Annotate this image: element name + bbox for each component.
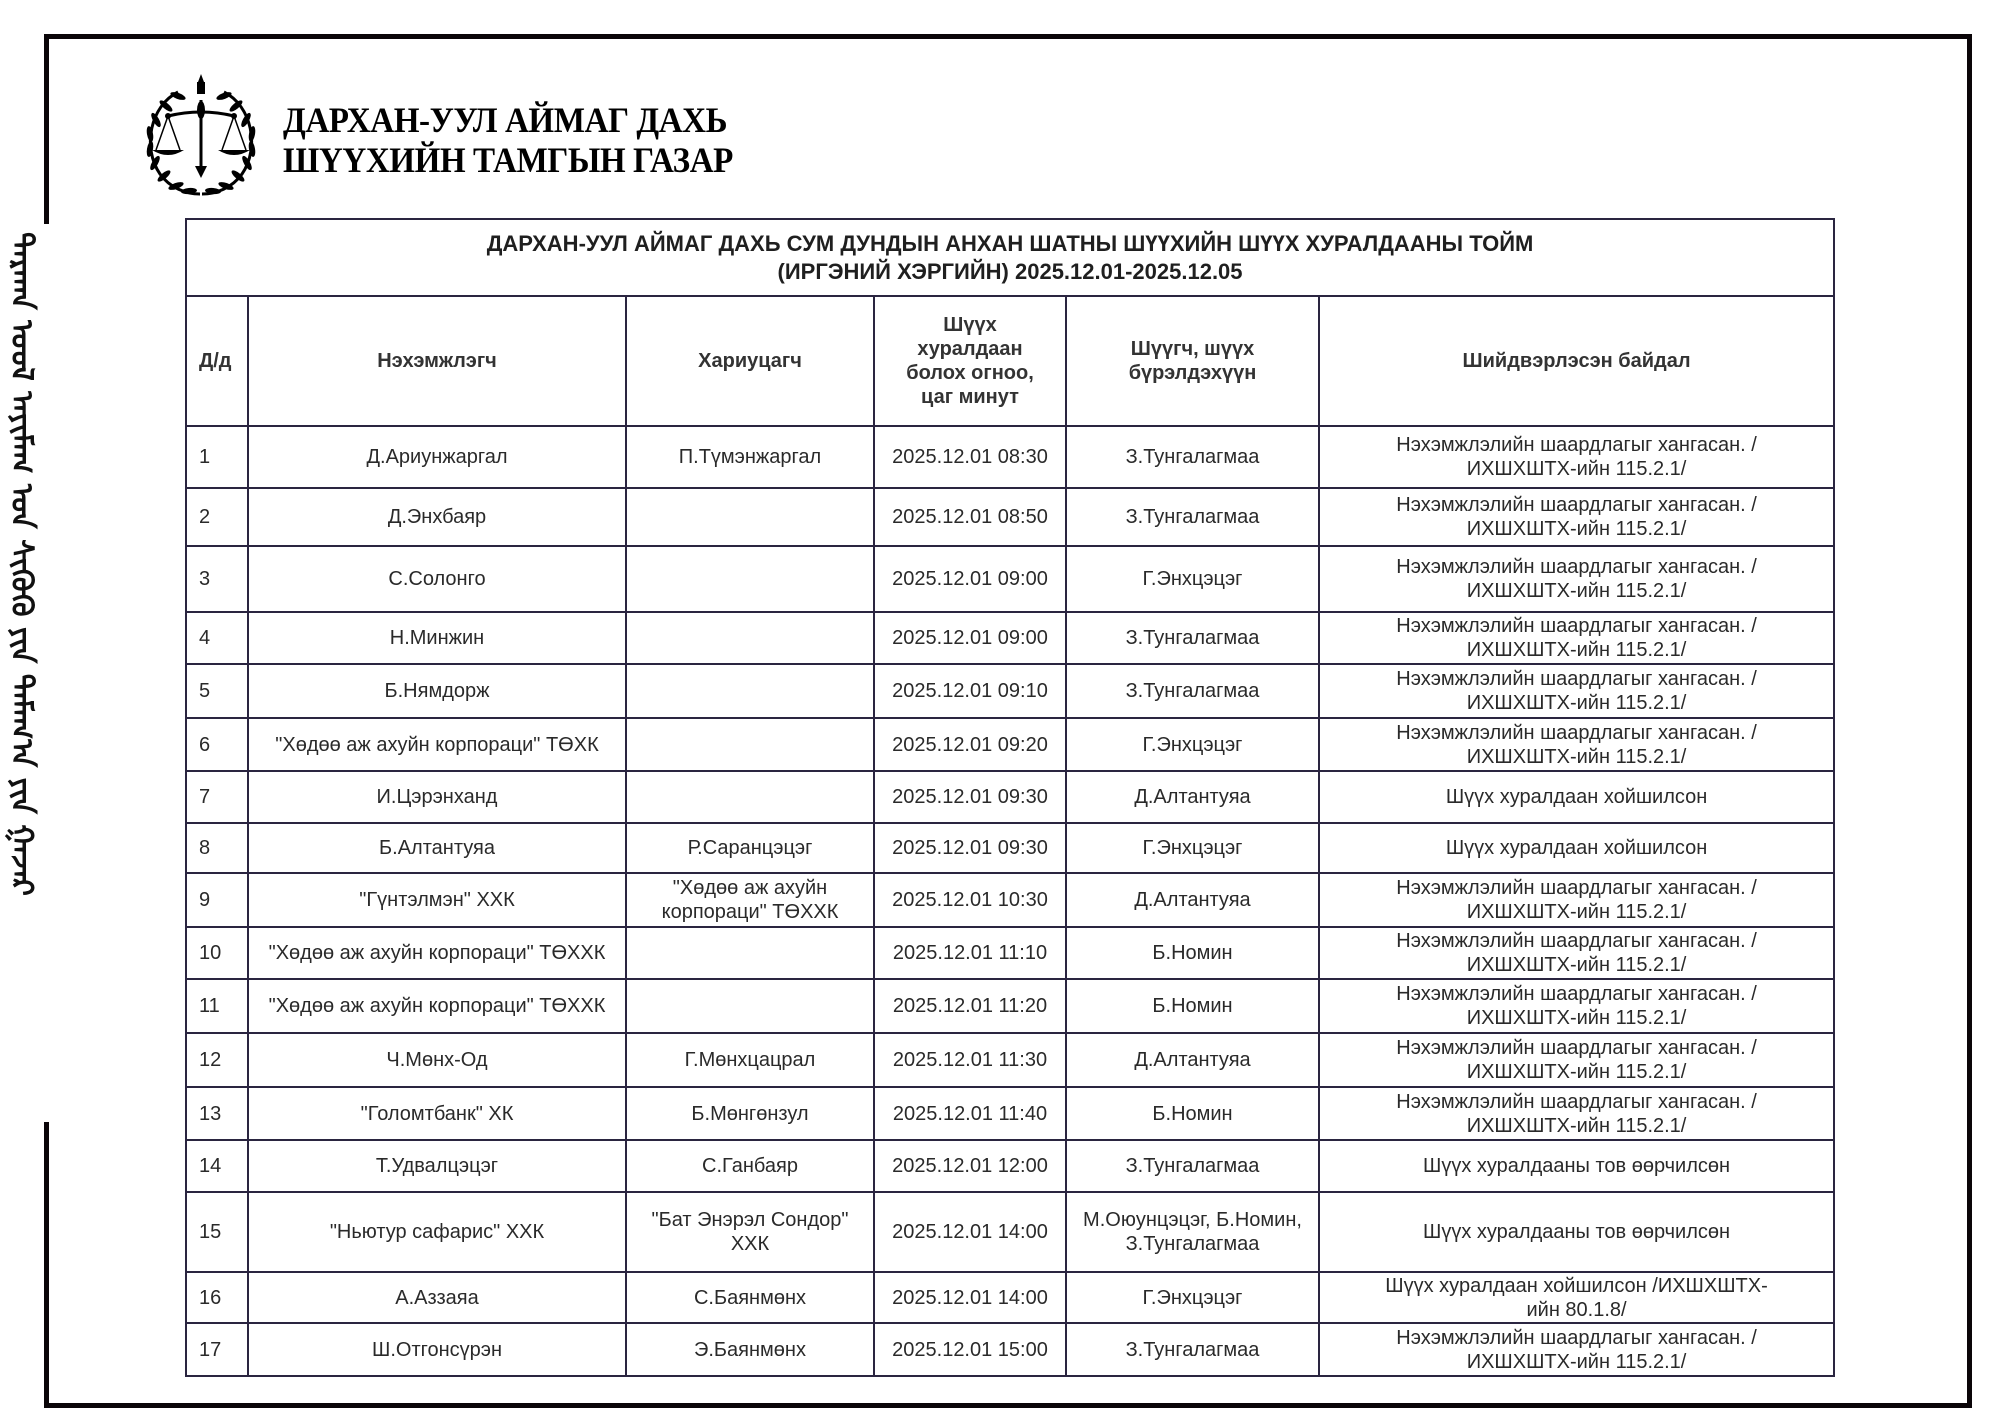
- hearing-datetime-cell: 2025.12.01 09:00: [874, 612, 1066, 664]
- judge-cell: З.Тунгалагмаа: [1066, 664, 1319, 718]
- table-row: 3С.Солонго2025.12.01 09:00Г.ЭнхцэцэгНэхэ…: [186, 546, 1834, 612]
- defendant-cell: [626, 488, 874, 546]
- defendant-cell: "Бат Энэрэл Сондор" ХХК: [626, 1192, 874, 1272]
- hearing-datetime-cell: 2025.12.01 15:00: [874, 1323, 1066, 1376]
- plaintiff-cell: Ш.Отгонсүрэн: [248, 1323, 626, 1376]
- organization-name-line1: ДАРХАН-УУЛ АЙМАГ ДАХЬ: [283, 100, 733, 140]
- row-number: 7: [186, 771, 248, 823]
- decision-cell: Шүүх хуралдаан хойшилсон: [1319, 823, 1834, 873]
- decision-cell: Нэхэмжлэлийн шаардлагыг хангасан. /ИХШХШ…: [1319, 546, 1834, 612]
- hearing-datetime-cell: 2025.12.01 09:20: [874, 718, 1066, 771]
- decision-cell: Нэхэмжлэлийн шаардлагыг хангасан. /ИХШХШ…: [1319, 488, 1834, 546]
- plaintiff-cell: "Хөдөө аж ахуйн корпораци" ТӨХХК: [248, 927, 626, 979]
- plaintiff-cell: Ч.Мөнх-Од: [248, 1033, 626, 1087]
- hearing-datetime-cell: 2025.12.01 11:20: [874, 979, 1066, 1033]
- row-number: 9: [186, 873, 248, 927]
- court-hearing-schedule-table: ДАРХАН-УУЛ АЙМАГ ДАХЬ СУМ ДУНДЫН АНХАН Ш…: [185, 218, 1835, 1377]
- hearing-datetime-cell: 2025.12.01 11:10: [874, 927, 1066, 979]
- table-row: 16А.АззаяаС.Баянмөнх2025.12.01 14:00Г.Эн…: [186, 1272, 1834, 1323]
- hearing-datetime-cell: 2025.12.01 08:50: [874, 488, 1066, 546]
- table-row: 8Б.АлтантуяаР.Саранцэцэг2025.12.01 09:30…: [186, 823, 1834, 873]
- decision-cell: Нэхэмжлэлийн шаардлагыг хангасан. /ИХШХШ…: [1319, 927, 1834, 979]
- plaintiff-cell: "Хөдөө аж ахуйн корпораци" ТӨХК: [248, 718, 626, 771]
- plaintiff-cell: Б.Алтантуяа: [248, 823, 626, 873]
- plaintiff-cell: С.Солонго: [248, 546, 626, 612]
- decision-cell: Нэхэмжлэлийн шаардлагыг хангасан. /ИХШХШ…: [1319, 664, 1834, 718]
- row-number: 8: [186, 823, 248, 873]
- table-row: 4Н.Минжин2025.12.01 09:00З.ТунгалагмааНэ…: [186, 612, 1834, 664]
- col-header-plaintiff: Нэхэмжлэгч: [248, 296, 626, 426]
- decision-cell: Нэхэмжлэлийн шаардлагыг хангасан. /ИХШХШ…: [1319, 718, 1834, 771]
- table-title-line2: (ИРГЭНИЙ ХЭРГИЙН) 2025.12.01-2025.12.05: [191, 258, 1829, 286]
- judge-cell: Г.Энхцэцэг: [1066, 718, 1319, 771]
- judge-cell: Г.Энхцэцэг: [1066, 823, 1319, 873]
- defendant-cell: Э.Баянмөнх: [626, 1323, 874, 1376]
- col-header-datetime-label: Шүүх хуралдаан болох огноо, цаг минут: [906, 314, 1034, 408]
- hearing-datetime-cell: 2025.12.01 09:00: [874, 546, 1066, 612]
- decision-cell: Нэхэмжлэлийн шаардлагыг хангасан. /ИХШХШ…: [1319, 1033, 1834, 1087]
- hearing-datetime-cell: 2025.12.01 12:00: [874, 1140, 1066, 1192]
- decision-cell: Шүүх хуралдаан хойшилсон /ИХШХШТХ-ийн 80…: [1319, 1272, 1834, 1323]
- plaintiff-cell: "Гүнтэлмэн" ХХК: [248, 873, 626, 927]
- page-frame-top: [44, 34, 1972, 39]
- scales-of-justice-emblem-icon: [138, 70, 264, 200]
- row-number: 2: [186, 488, 248, 546]
- row-number: 5: [186, 664, 248, 718]
- row-number: 12: [186, 1033, 248, 1087]
- mongolian-script-org-name: ᠳᠠᠷᠬᠠᠨ ᠤᠤᠯ ᠠᠶᠢᠮᠠᠭ ᠤᠨ ᠰᠢᠭᠦᠬᠦ ᠶᠢᠨ ᠲᠠᠮᠠᠭ᠎ᠠ …: [3, 232, 56, 896]
- plaintiff-cell: Д.Ариунжаргал: [248, 426, 626, 488]
- plaintiff-cell: Н.Минжин: [248, 612, 626, 664]
- judge-cell: З.Тунгалагмаа: [1066, 612, 1319, 664]
- decision-cell: Нэхэмжлэлийн шаардлагыг хангасан. /ИХШХШ…: [1319, 426, 1834, 488]
- hearing-datetime-cell: 2025.12.01 11:40: [874, 1087, 1066, 1140]
- decision-cell: Нэхэмжлэлийн шаардлагыг хангасан. /ИХШХШ…: [1319, 1087, 1834, 1140]
- judge-cell: Г.Энхцэцэг: [1066, 546, 1319, 612]
- table-row: 7И.Цэрэнханд2025.12.01 09:30Д.АлтантуяаШ…: [186, 771, 1834, 823]
- hearing-datetime-cell: 2025.12.01 09:10: [874, 664, 1066, 718]
- page-frame-right: [1967, 34, 1972, 1408]
- decision-cell: Нэхэмжлэлийн шаардлагыг хангасан. /ИХШХШ…: [1319, 612, 1834, 664]
- plaintiff-cell: Д.Энхбаяр: [248, 488, 626, 546]
- judge-cell: Б.Номин: [1066, 1087, 1319, 1140]
- page-frame-left: [44, 34, 49, 224]
- col-header-decision: Шийдвэрлэсэн байдал: [1319, 296, 1834, 426]
- defendant-cell: [626, 546, 874, 612]
- defendant-cell: П.Түмэнжаргал: [626, 426, 874, 488]
- judge-cell: З.Тунгалагмаа: [1066, 1323, 1319, 1376]
- decision-cell: Нэхэмжлэлийн шаардлагыг хангасан. /ИХШХШ…: [1319, 873, 1834, 927]
- hearing-datetime-cell: 2025.12.01 08:30: [874, 426, 1066, 488]
- row-number: 15: [186, 1192, 248, 1272]
- row-number: 14: [186, 1140, 248, 1192]
- hearing-datetime-cell: 2025.12.01 14:00: [874, 1272, 1066, 1323]
- row-number: 4: [186, 612, 248, 664]
- hearing-datetime-cell: 2025.12.01 09:30: [874, 823, 1066, 873]
- table-header-row: Д/д Нэхэмжлэгч Хариуцагч Шүүх хуралдаан …: [186, 296, 1834, 426]
- table-row: 6"Хөдөө аж ахуйн корпораци" ТӨХК2025.12.…: [186, 718, 1834, 771]
- table-row: 2Д.Энхбаяр2025.12.01 08:50З.ТунгалагмааН…: [186, 488, 1834, 546]
- hearing-datetime-cell: 2025.12.01 09:30: [874, 771, 1066, 823]
- defendant-cell: С.Баянмөнх: [626, 1272, 874, 1323]
- decision-cell: Нэхэмжлэлийн шаардлагыг хангасан. /ИХШХШ…: [1319, 1323, 1834, 1376]
- decision-cell: Нэхэмжлэлийн шаардлагыг хангасан. /ИХШХШ…: [1319, 979, 1834, 1033]
- page-frame-left: [44, 1122, 49, 1408]
- defendant-cell: [626, 771, 874, 823]
- row-number: 17: [186, 1323, 248, 1376]
- row-number: 11: [186, 979, 248, 1033]
- row-number: 10: [186, 927, 248, 979]
- table-row: 9"Гүнтэлмэн" ХХК"Хөдөө аж ахуйн корпорац…: [186, 873, 1834, 927]
- plaintiff-cell: И.Цэрэнханд: [248, 771, 626, 823]
- table-row: 14Т.УдвалцэцэгС.Ганбаяр2025.12.01 12:00З…: [186, 1140, 1834, 1192]
- table-row: 1Д.АриунжаргалП.Түмэнжаргал2025.12.01 08…: [186, 426, 1834, 488]
- col-header-datetime: Шүүх хуралдаан болох огноо, цаг минут: [874, 296, 1066, 426]
- plaintiff-cell: А.Аззаяа: [248, 1272, 626, 1323]
- judge-cell: Г.Энхцэцэг: [1066, 1272, 1319, 1323]
- defendant-cell: Р.Саранцэцэг: [626, 823, 874, 873]
- defendant-cell: Б.Мөнгөнзул: [626, 1087, 874, 1140]
- defendant-cell: С.Ганбаяр: [626, 1140, 874, 1192]
- plaintiff-cell: Т.Удвалцэцэг: [248, 1140, 626, 1192]
- hearing-datetime-cell: 2025.12.01 10:30: [874, 873, 1066, 927]
- organization-name-line2: ШҮҮХИЙН ТАМГЫН ГАЗАР: [283, 140, 733, 180]
- table-row: 15"Ньютур сафарис" ХХК"Бат Энэрэл Сондор…: [186, 1192, 1834, 1272]
- judge-cell: Д.Алтантуяа: [1066, 1033, 1319, 1087]
- col-header-judge-label: Шүүгч, шүүх бүрэлдэхүүн: [1129, 338, 1257, 384]
- plaintiff-cell: "Ньютур сафарис" ХХК: [248, 1192, 626, 1272]
- judge-cell: З.Тунгалагмаа: [1066, 1140, 1319, 1192]
- hearing-datetime-cell: 2025.12.01 14:00: [874, 1192, 1066, 1272]
- table-row: 10"Хөдөө аж ахуйн корпораци" ТӨХХК2025.1…: [186, 927, 1834, 979]
- col-header-judge: Шүүгч, шүүх бүрэлдэхүүн: [1066, 296, 1319, 426]
- row-number: 16: [186, 1272, 248, 1323]
- defendant-cell: [626, 612, 874, 664]
- table-title-line1: ДАРХАН-УУЛ АЙМАГ ДАХЬ СУМ ДУНДЫН АНХАН Ш…: [191, 230, 1829, 258]
- table-row: 12Ч.Мөнх-ОдГ.Мөнхцацрал2025.12.01 11:30Д…: [186, 1033, 1834, 1087]
- table-row: 13"Голомтбанк" ХКБ.Мөнгөнзул2025.12.01 1…: [186, 1087, 1834, 1140]
- col-header-defendant: Хариуцагч: [626, 296, 874, 426]
- judge-cell: Д.Алтантуяа: [1066, 771, 1319, 823]
- hearing-datetime-cell: 2025.12.01 11:30: [874, 1033, 1066, 1087]
- defendant-cell: [626, 718, 874, 771]
- decision-cell: Шүүх хуралдааны тов өөрчилсөн: [1319, 1140, 1834, 1192]
- plaintiff-cell: "Хөдөө аж ахуйн корпораци" ТӨХХК: [248, 979, 626, 1033]
- row-number: 6: [186, 718, 248, 771]
- table-title: ДАРХАН-УУЛ АЙМАГ ДАХЬ СУМ ДУНДЫН АНХАН Ш…: [186, 219, 1834, 296]
- table-row: 11"Хөдөө аж ахуйн корпораци" ТӨХХК2025.1…: [186, 979, 1834, 1033]
- table-row: 17Ш.ОтгонсүрэнЭ.Баянмөнх2025.12.01 15:00…: [186, 1323, 1834, 1376]
- defendant-cell: [626, 927, 874, 979]
- row-number: 1: [186, 426, 248, 488]
- judge-cell: Б.Номин: [1066, 979, 1319, 1033]
- judge-cell: Д.Алтантуяа: [1066, 873, 1319, 927]
- defendant-cell: Г.Мөнхцацрал: [626, 1033, 874, 1087]
- table-row: 5Б.Нямдорж2025.12.01 09:10З.ТунгалагмааН…: [186, 664, 1834, 718]
- decision-cell: Шүүх хуралдааны тов өөрчилсөн: [1319, 1192, 1834, 1272]
- col-header-number: Д/д: [186, 296, 248, 426]
- judge-cell: Б.Номин: [1066, 927, 1319, 979]
- row-number: 3: [186, 546, 248, 612]
- page-frame-bottom: [44, 1403, 1972, 1408]
- table-body: 1Д.АриунжаргалП.Түмэнжаргал2025.12.01 08…: [186, 426, 1834, 1376]
- decision-cell: Шүүх хуралдаан хойшилсон: [1319, 771, 1834, 823]
- plaintiff-cell: Б.Нямдорж: [248, 664, 626, 718]
- defendant-cell: "Хөдөө аж ахуйн корпораци" ТӨХХК: [626, 873, 874, 927]
- organization-name: ДАРХАН-УУЛ АЙМАГ ДАХЬ ШҮҮХИЙН ТАМГЫН ГАЗ…: [283, 100, 733, 180]
- judge-cell: З.Тунгалагмаа: [1066, 488, 1319, 546]
- defendant-cell: [626, 979, 874, 1033]
- row-number: 13: [186, 1087, 248, 1140]
- plaintiff-cell: "Голомтбанк" ХК: [248, 1087, 626, 1140]
- defendant-cell: [626, 664, 874, 718]
- judge-cell: З.Тунгалагмаа: [1066, 426, 1319, 488]
- judge-cell: М.Оюунцэцэг, Б.Номин, З.Тунгалагмаа: [1066, 1192, 1319, 1272]
